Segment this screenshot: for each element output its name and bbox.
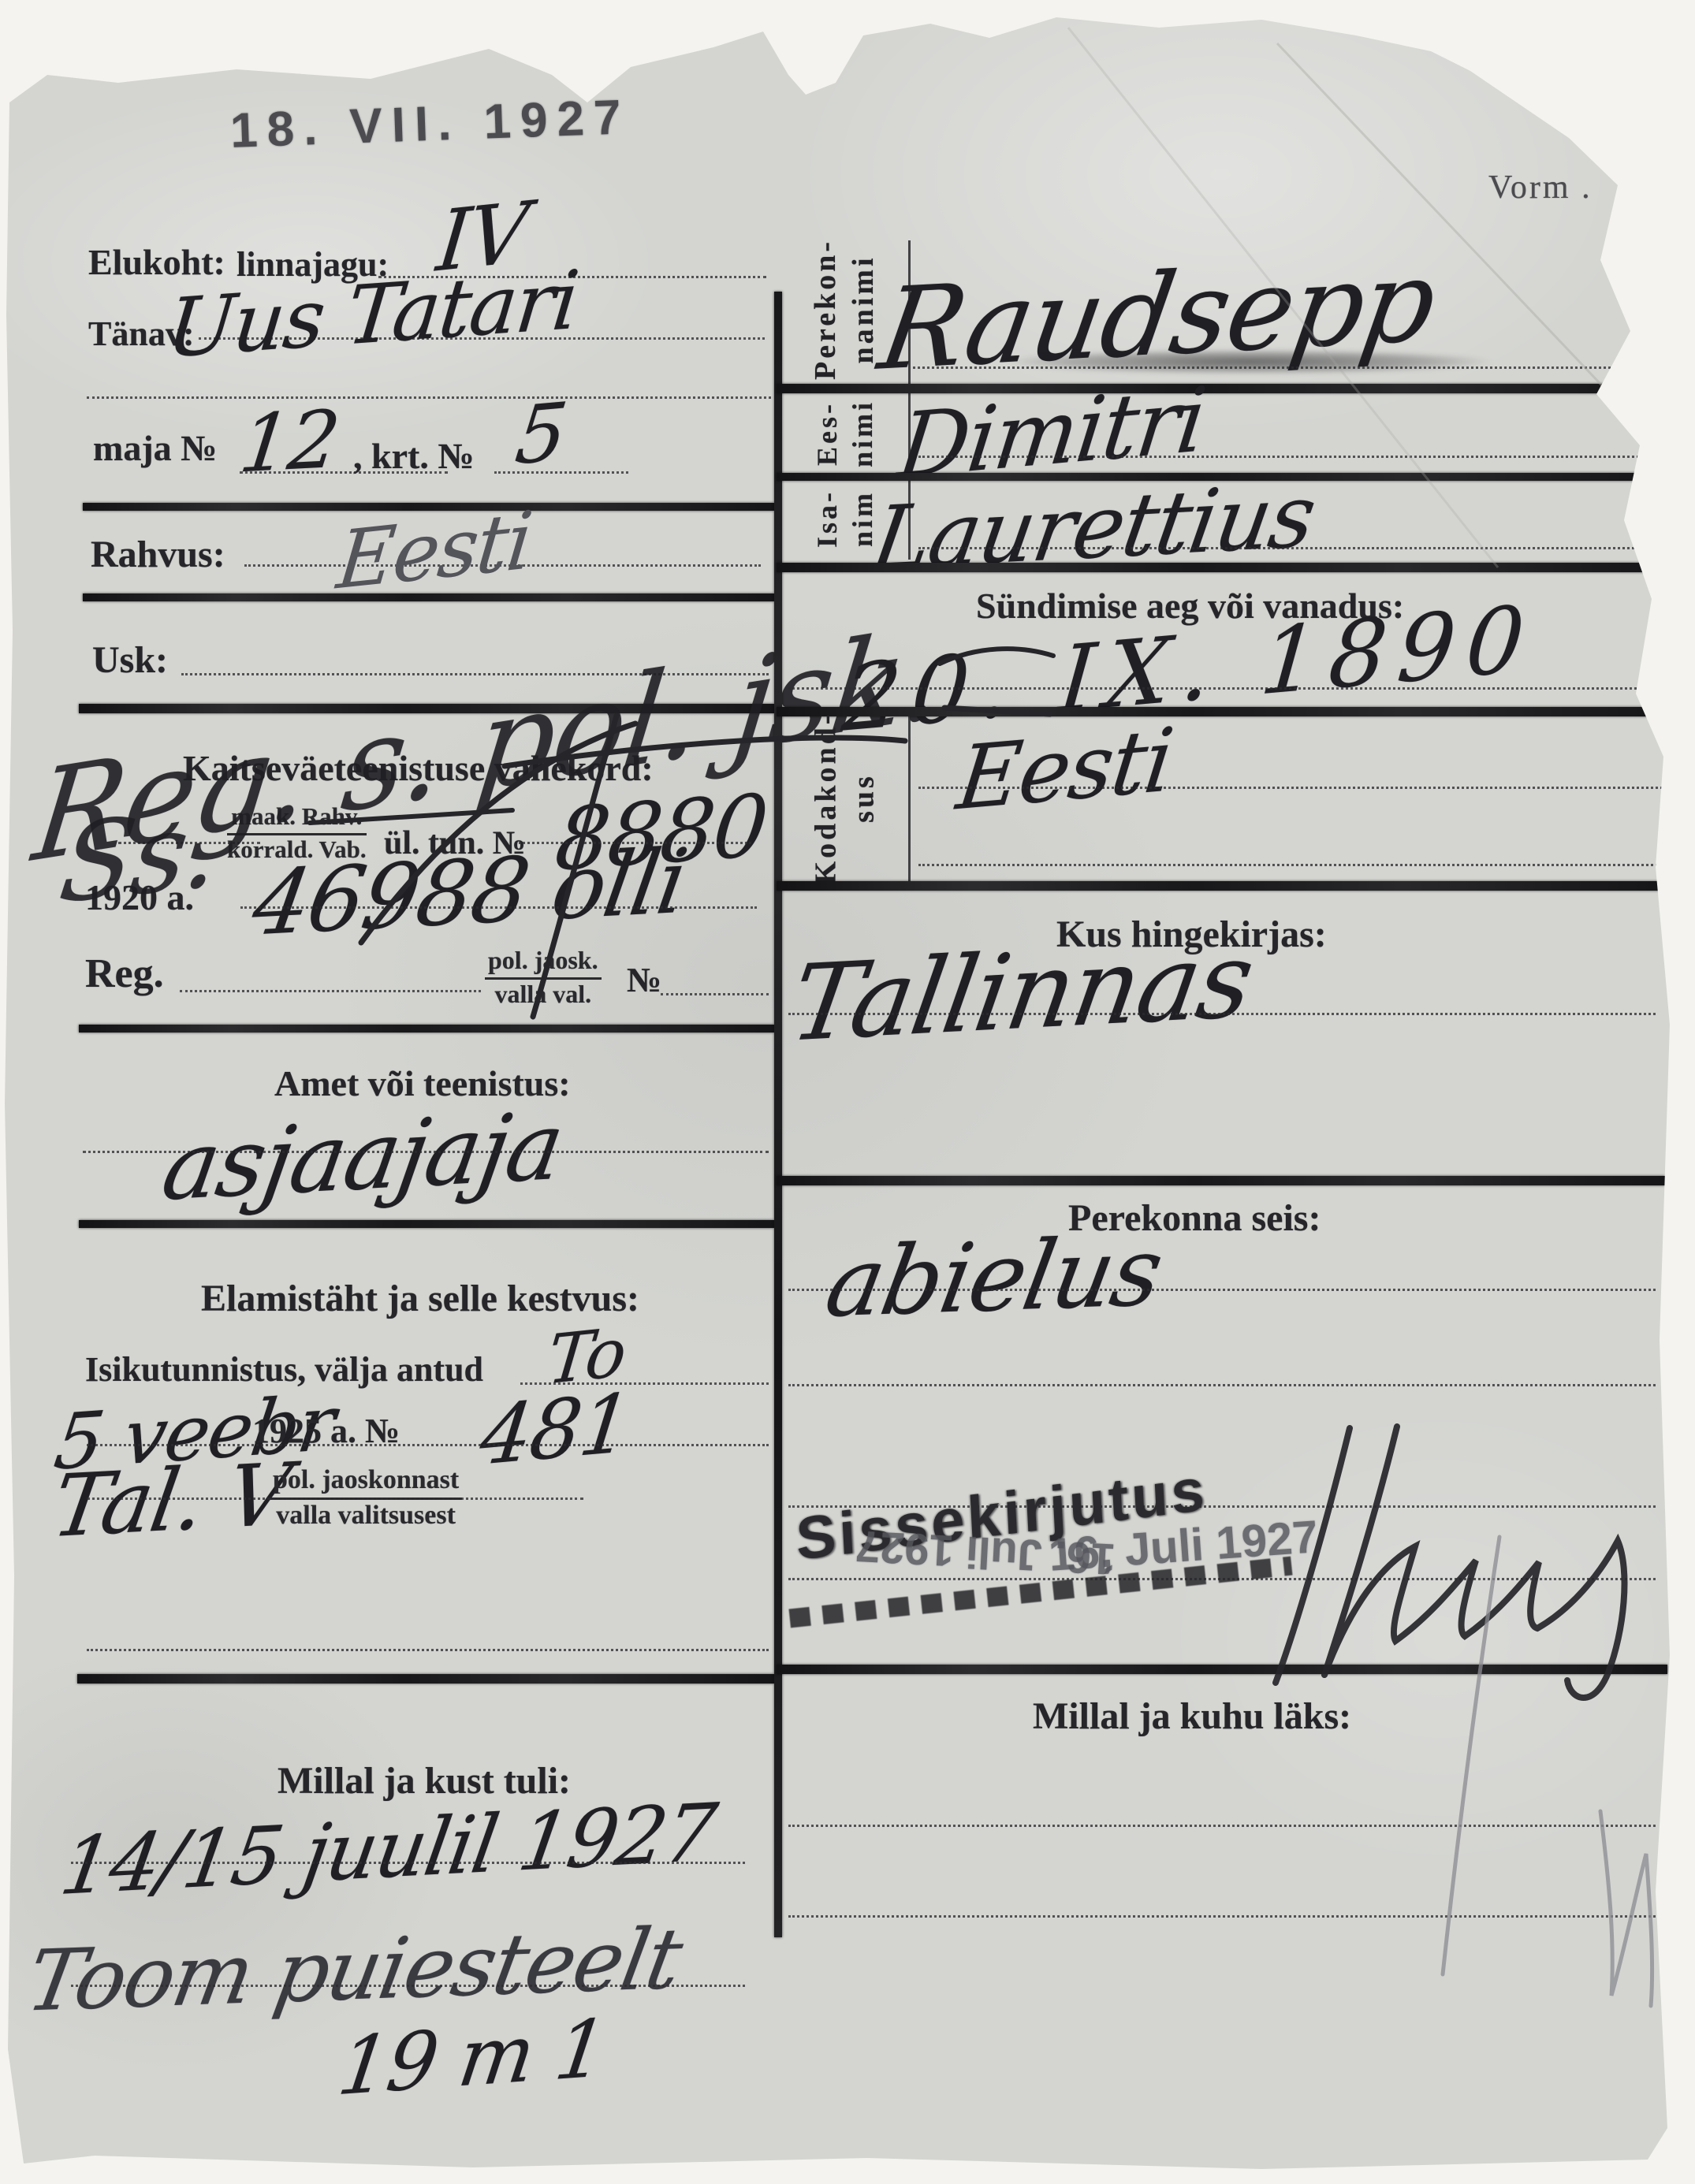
- reg-label: Reg.: [85, 951, 164, 997]
- scanned-registration-card: { "stamps": { "received_date": "18. VII.…: [0, 0, 1695, 2184]
- issuer-line1: pol. jaoskonnast: [270, 1464, 462, 1500]
- firstname-label-line2: nimi: [845, 399, 881, 467]
- divider-bar: [777, 384, 1667, 393]
- form-number-label: Vorm .: [1488, 169, 1593, 206]
- signature: [1276, 1427, 1625, 1698]
- birth-dotted-line: [788, 687, 1656, 690]
- id-issuer-value: Tal. V: [46, 1445, 296, 1557]
- ink-smudge: [922, 345, 1577, 378]
- citizenship-dotted-line1: [918, 787, 1667, 789]
- apartment-dotted-line: [494, 471, 628, 474]
- family-dotted-line: [788, 1289, 1656, 1291]
- street-value: Uus Tatari: [162, 253, 582, 376]
- issuer-dotted-line: [87, 1498, 583, 1500]
- reg-authority-line2: valla val.: [485, 980, 602, 1010]
- occupation-value: asjaajaja: [155, 1091, 569, 1222]
- issuer-line2: valla valitsusest: [270, 1500, 462, 1531]
- divider-bar: [777, 881, 1670, 891]
- spare-dotted-line: [87, 396, 771, 399]
- parish-value: Tallinnas: [783, 919, 1260, 1066]
- column-divider: [774, 292, 782, 1937]
- divider-bar: [83, 593, 774, 601]
- nationality-label: Rahvus:: [91, 533, 225, 576]
- reg-authority-line1: pol. jaosk.: [485, 946, 602, 980]
- arrival-line1: 14/15 juulil 1927: [54, 1786, 721, 1913]
- spare-dotted-line-right: [788, 1384, 1656, 1386]
- firstname-dotted-line: [918, 456, 1667, 458]
- reg-no-label: №: [627, 960, 661, 1000]
- divider-bar: [777, 563, 1671, 572]
- divider-bar: [777, 1176, 1665, 1185]
- citizenship-label-line1: Kodakond-: [808, 712, 846, 885]
- citizenship-label-cell: Kodakond- sus: [782, 717, 908, 879]
- firstname-label-line1: Ees-: [810, 399, 845, 467]
- received-date-stamp: 18. VII. 1927: [229, 89, 631, 159]
- departure-dotted-line1: [788, 1825, 1656, 1827]
- religion-label: Usk:: [92, 638, 168, 682]
- firstname-label-cell: Ees- nimi: [782, 392, 908, 474]
- surname-label-line1: Perekon-: [808, 239, 846, 380]
- family-status-value: abielus: [818, 1217, 1169, 1339]
- citizenship-value: Eesti: [952, 709, 1178, 830]
- residence-permit-heading: Elamistäht ja selle kestvus:: [201, 1277, 639, 1320]
- pencil-marks: [1443, 1537, 1652, 2006]
- arrival-dotted-line1: [71, 1862, 745, 1864]
- reg-no-dotted-line: [661, 993, 769, 995]
- military-overwrite-scrawl2: Ss.: [53, 785, 226, 928]
- citizenship-dotted-line2: [918, 864, 1667, 866]
- document-paper: 18. VII. 1927 Vorm . Elukoht: linnajagu:…: [0, 0, 1695, 2184]
- divider-bar: [79, 1220, 774, 1228]
- arrival-dotted-line2: [71, 1985, 745, 1987]
- fathername-dotted-line: [918, 547, 1671, 549]
- departure-heading: Millal ja kuhu läks:: [1033, 1695, 1351, 1738]
- spare-dotted-line-2: [87, 1649, 769, 1651]
- house-label: maja №: [93, 427, 217, 469]
- divider-bar: [777, 1665, 1667, 1674]
- arrival-line3: 19 m 1: [333, 2002, 611, 2114]
- id-number-value: 481: [475, 1376, 635, 1484]
- departure-dotted-line2: [788, 1915, 1656, 1918]
- citizenship-label-line2: sus: [845, 712, 883, 885]
- occupation-dotted-line: [83, 1151, 769, 1153]
- surname-dotted-line: [913, 366, 1658, 369]
- divider-bar: [777, 707, 1670, 716]
- residence-label: Elukoht:: [88, 241, 225, 283]
- id-number-dotted-line: [87, 1444, 769, 1446]
- divider-bar: [79, 1025, 774, 1032]
- house-dotted-line: [240, 471, 448, 474]
- military-dotted-line-c: [240, 906, 757, 909]
- reg-authority-fraction: pol. jaosk. valla val.: [485, 946, 602, 1010]
- parish-dotted-line: [788, 1013, 1656, 1015]
- reg-dotted-line: [180, 990, 481, 992]
- divider-bar: [77, 1674, 774, 1684]
- house-number: 12: [235, 393, 344, 490]
- apartment-number: 5: [511, 385, 571, 482]
- fathername-label-line1: Isa-: [810, 489, 845, 548]
